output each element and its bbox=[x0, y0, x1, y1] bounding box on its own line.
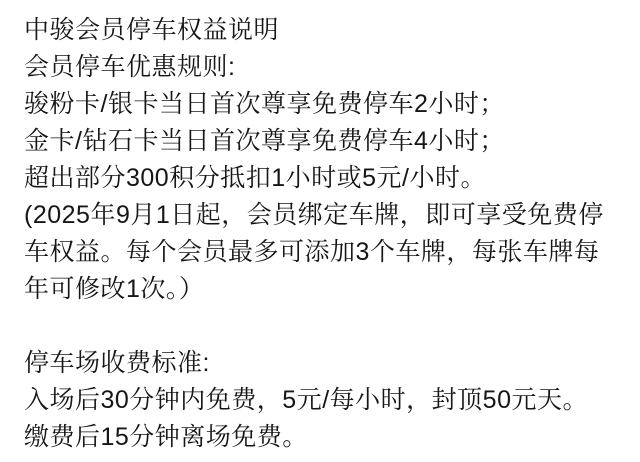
fee-line-exit: 缴费后15分钟离场免费。 bbox=[24, 419, 616, 456]
document-title: 中骏会员停车权益说明 bbox=[24, 12, 616, 49]
fee-line-entry: 入场后30分钟内免费，5元/每小时，封顶50元天。 bbox=[24, 382, 616, 419]
section-gap bbox=[24, 308, 616, 345]
rule-line-plate-binding-note: (2025年9月1日起，会员绑定车牌，即可享受免费停车权益。每个会员最多可添加3… bbox=[24, 197, 616, 308]
document-page: 中骏会员停车权益说明 会员停车优惠规则: 骏粉卡/银卡当日首次尊享免费停车2小时… bbox=[0, 0, 640, 462]
rule-line-gold-card: 金卡/钻石卡当日首次尊享免费停车4小时； bbox=[24, 123, 616, 160]
rule-line-silver-card: 骏粉卡/银卡当日首次尊享免费停车2小时； bbox=[24, 86, 616, 123]
section-heading-membership-rules: 会员停车优惠规则: bbox=[24, 49, 616, 86]
section-heading-fee-standard: 停车场收费标准: bbox=[24, 345, 616, 382]
rule-line-points-deduction: 超出部分300积分抵扣1小时或5元/小时。 bbox=[24, 160, 616, 197]
